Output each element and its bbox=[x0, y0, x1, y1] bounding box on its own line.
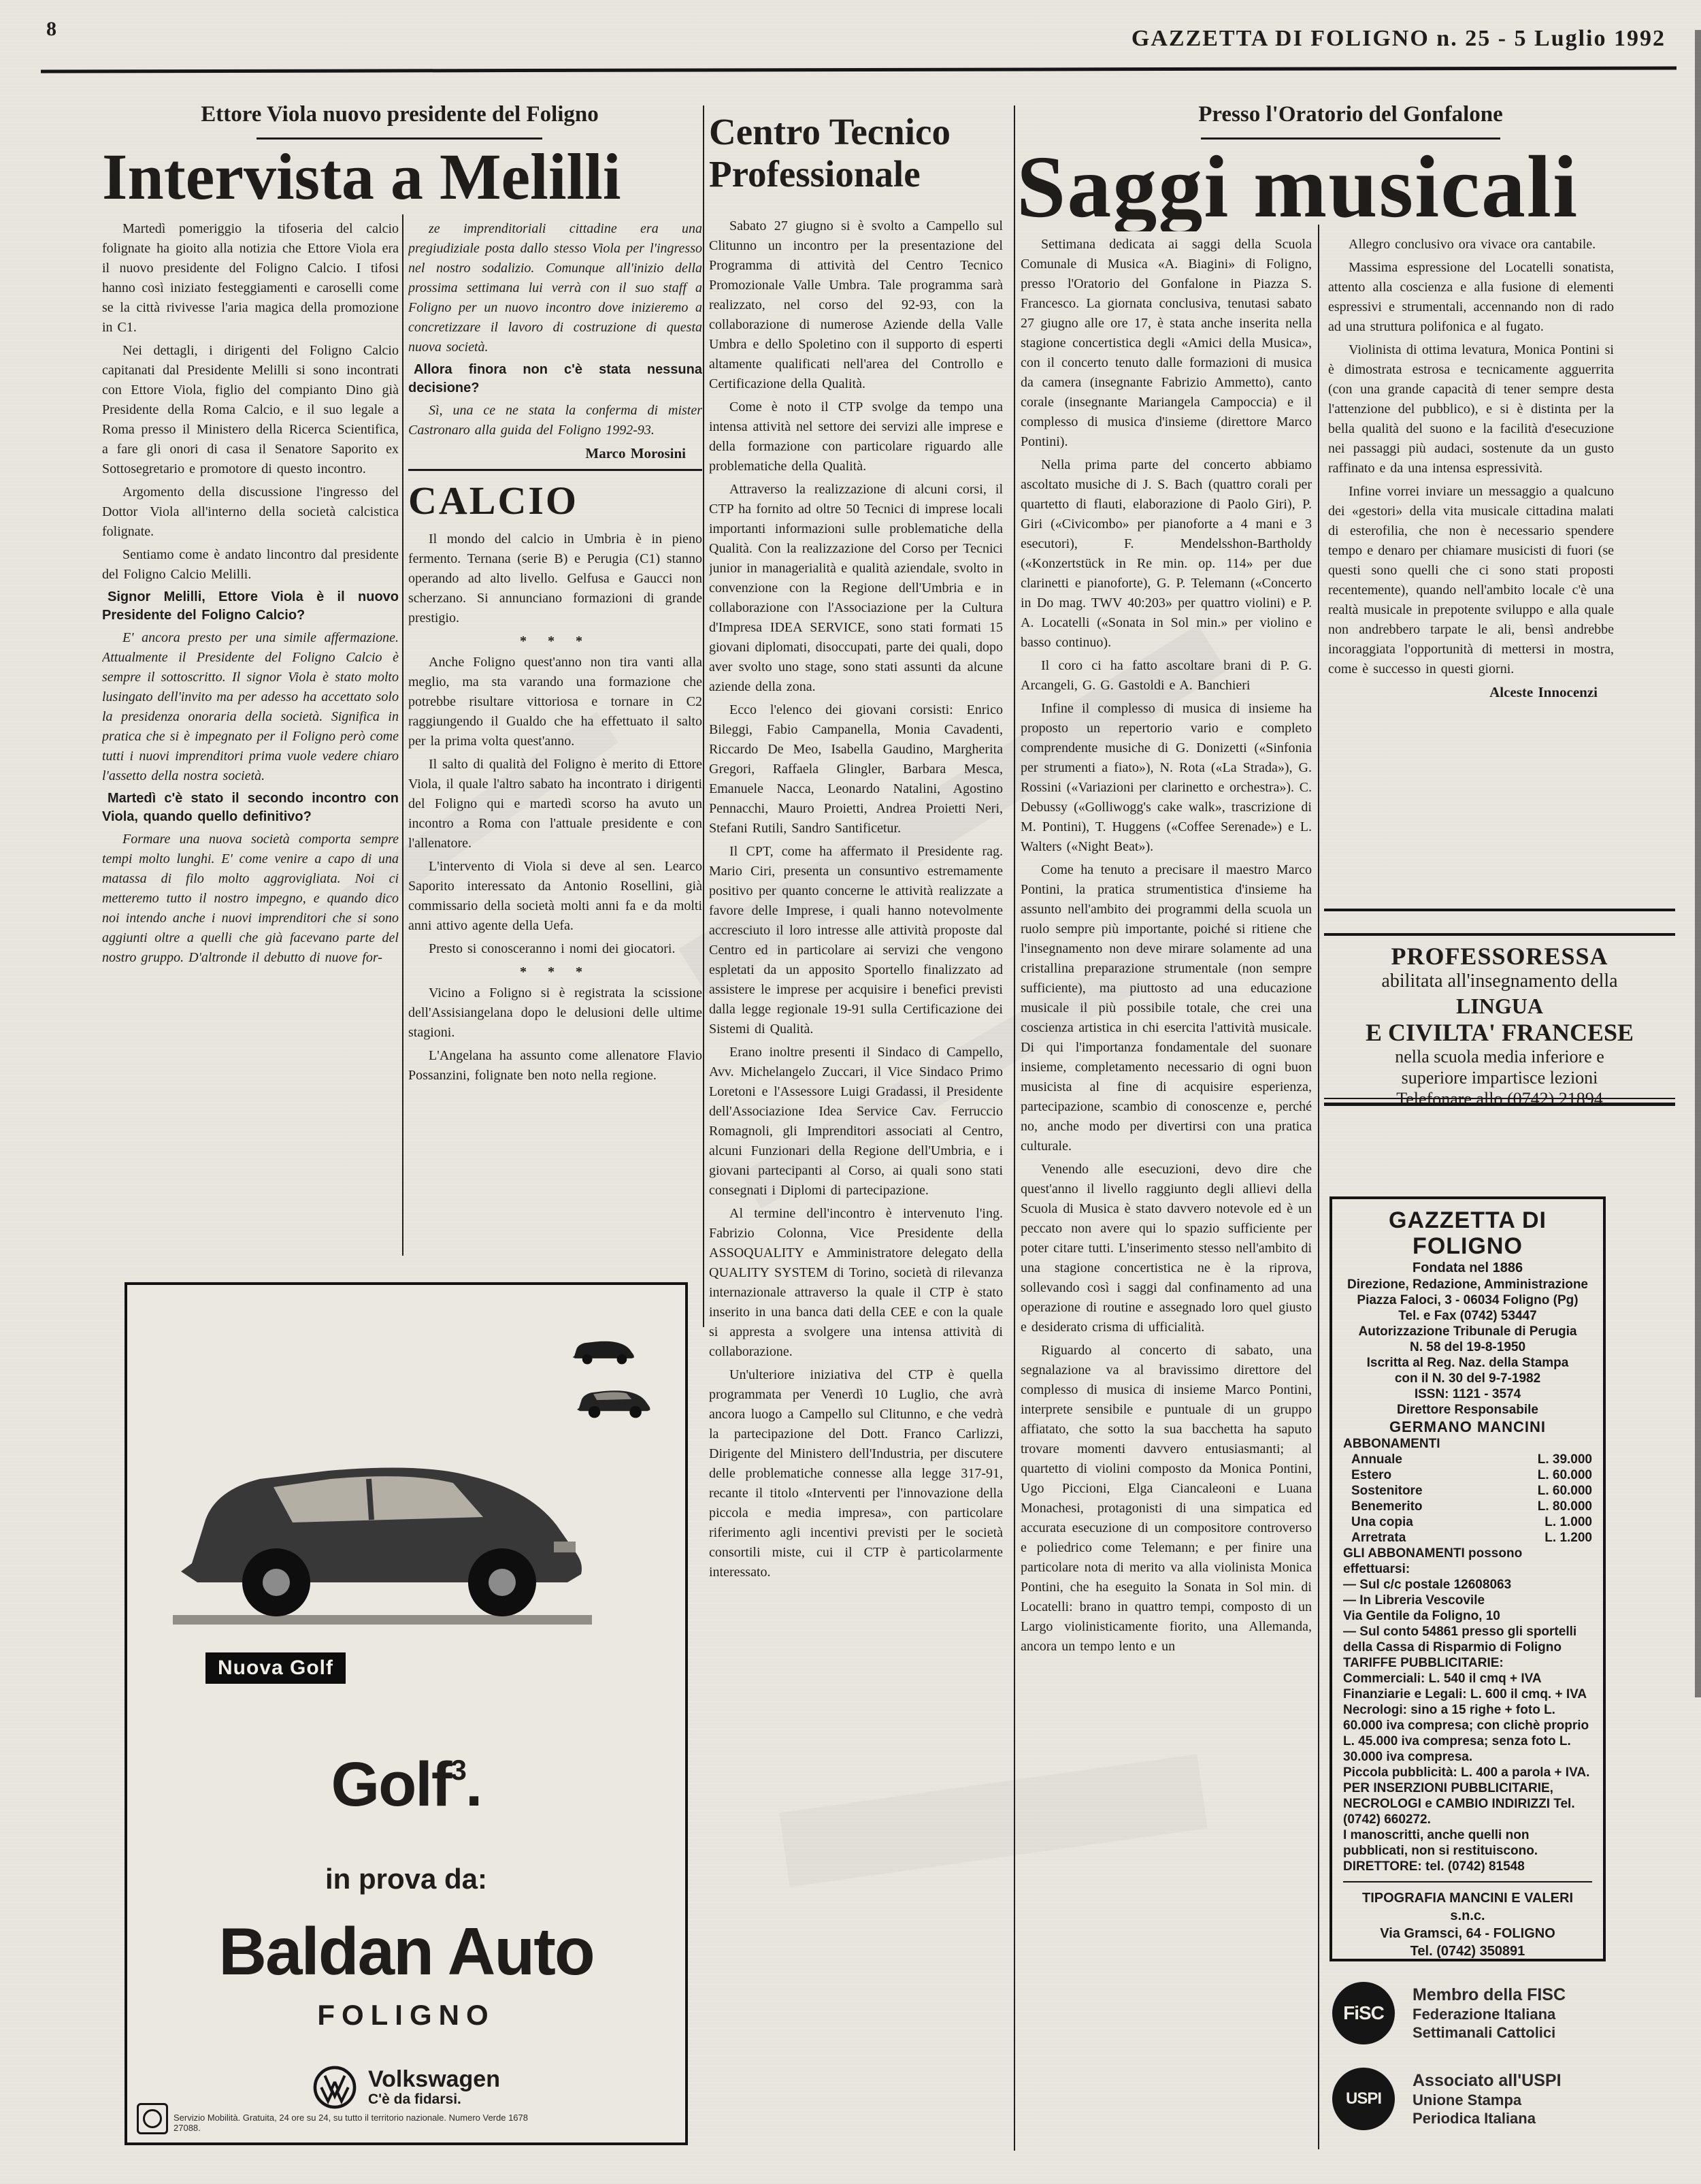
paragraph: Erano inoltre presenti il Sindaco di Cam… bbox=[709, 1043, 1003, 1201]
text-line: PER INSERZIONI PUBBLICITARIE, NECROLOGI … bbox=[1343, 1780, 1592, 1827]
headline-line: Professionale bbox=[709, 153, 1004, 195]
paragraph: Attraverso la realizzazione di alcuni co… bbox=[709, 480, 1003, 697]
director-label: Direttore Responsabile bbox=[1343, 1402, 1592, 1418]
text-line: Necrologi: sino a 15 righe + foto L. 60.… bbox=[1343, 1702, 1592, 1765]
article-column: Sabato 27 giugno si è svolto a Campello … bbox=[709, 216, 1003, 2122]
paragraph: Allegro conclusivo ora vivace ora cantab… bbox=[1328, 235, 1614, 255]
text-line: Via Gramsci, 64 - FOLIGNO bbox=[1343, 1925, 1592, 1942]
paragraph: Il coro ci ha fatto ascoltare brani di P… bbox=[1021, 656, 1312, 696]
interview-answer: Sì, una ce ne stata la conferma di miste… bbox=[408, 401, 702, 440]
text-line: Periodica Italiana bbox=[1413, 2109, 1562, 2128]
masthead-line: GAZZETTA DI FOLIGNO n. 25 - 5 Luglio 199… bbox=[1132, 27, 1666, 50]
article-headline: Saggi musicali bbox=[1017, 143, 1701, 231]
paragraph: Come è noto il CTP svolge da tempo una i… bbox=[709, 397, 1003, 476]
text-line: Piccola pubblicità: L. 400 a parola + IV… bbox=[1343, 1765, 1592, 1780]
small-car-illustration bbox=[569, 1333, 638, 1368]
text-line: N. 58 del 19-8-1950 bbox=[1343, 1339, 1592, 1355]
byline: Alceste Innocenzi bbox=[1328, 683, 1614, 702]
masthead-lines: Direzione, Redazione, AmministrazionePia… bbox=[1343, 1277, 1592, 1402]
column-rule bbox=[402, 214, 403, 1256]
paragraph: Un'ulteriore iniziativa del CTP è quella… bbox=[709, 1365, 1003, 1582]
column-rule bbox=[1014, 105, 1015, 2151]
paragraph: Sabato 27 giugno si è svolto a Campello … bbox=[709, 216, 1003, 394]
text-line: — In Libreria Vescovile bbox=[1343, 1593, 1592, 1608]
text-line: Settimanali Cattolici bbox=[1413, 2023, 1566, 2042]
paragraph: Nei dettagli, i dirigenti del Foligno Ca… bbox=[102, 341, 399, 479]
paragraph: Infine il complesso di musica di insieme… bbox=[1021, 699, 1312, 857]
newspaper-title: GAZZETTA DI FOLIGNO bbox=[1343, 1207, 1592, 1259]
article-column: Martedì pomeriggio la tifoseria del calc… bbox=[102, 219, 399, 1271]
text-line: superiore impartisce lezioni bbox=[1324, 1067, 1675, 1088]
dealer-city: FOLIGNO bbox=[127, 2001, 685, 2030]
column-rule bbox=[1318, 225, 1319, 2149]
headline-line: Centro Tecnico bbox=[709, 111, 1004, 153]
advertising-rates: TARIFFE PUBBLICITARIE:Commerciali: L. 54… bbox=[1343, 1655, 1592, 1874]
classified-title: PROFESSORESSA bbox=[1324, 943, 1675, 970]
uspi-row: USPI Associato all'USPIUnione StampaPeri… bbox=[1332, 2068, 1625, 2130]
text-line: con il N. 30 del 9-7-1982 bbox=[1343, 1371, 1592, 1386]
subscriptions-title: ABBONAMENTI bbox=[1343, 1436, 1592, 1452]
director-name: GERMANO MANCINI bbox=[1343, 1418, 1592, 1436]
paragraph: L'intervento di Viola si deve al sen. Le… bbox=[408, 857, 702, 936]
kicker-underline bbox=[1201, 137, 1500, 140]
section-headline: CALCIO bbox=[408, 479, 702, 523]
paragraph: Riguardo al concerto di sabato, una segn… bbox=[1021, 1341, 1312, 1657]
ad-fine-print: Servizio Mobilità. Gratuita, 24 ore su 2… bbox=[174, 2113, 555, 2133]
paragraph: Il salto di qualità del Foligno è merito… bbox=[408, 755, 702, 853]
paragraph: Anche Foligno quest'anno non tira vanti … bbox=[408, 653, 702, 751]
scan-edge-artifact bbox=[1695, 30, 1701, 1697]
subscription-row: AnnualeL. 39.000 bbox=[1343, 1452, 1592, 1467]
box-rule bbox=[1324, 1098, 1675, 1099]
brand-row: Volkswagen C'è da fidarsi. bbox=[127, 2065, 685, 2110]
text-line: TIPOGRAFIA MANCINI E VALERI s.n.c. bbox=[1343, 1889, 1592, 1925]
paragraph: Martedì pomeriggio la tifoseria del calc… bbox=[102, 219, 399, 338]
text-line: Unione Stampa bbox=[1413, 2091, 1562, 2109]
byline: Marco Morosini bbox=[408, 444, 702, 463]
masthead-info-box: GAZZETTA DI FOLIGNO Fondata nel 1886 Dir… bbox=[1330, 1196, 1606, 1961]
classified-ad-professoressa: PROFESSORESSA abilitata all'insegnamento… bbox=[1324, 909, 1675, 1106]
brand-name: Volkswagen bbox=[368, 2067, 500, 2091]
paragraph: Settimana dedicata ai saggi della Scuola… bbox=[1021, 235, 1312, 452]
subscriptions-table: AnnualeL. 39.000EsteroL. 60.000Sostenito… bbox=[1343, 1452, 1592, 1546]
text-line: Iscritta al Reg. Naz. della Stampa bbox=[1343, 1355, 1592, 1371]
text-line: I manoscritti, anche quelli non pubblica… bbox=[1343, 1827, 1592, 1859]
article-column: Settimana dedicata ai saggi della Scuola… bbox=[1021, 235, 1312, 2127]
newspaper-page: 8 GAZZETTA DI FOLIGNO n. 25 - 5 Luglio 1… bbox=[0, 0, 1701, 2184]
text-line: GLI ABBONAMENTI possono effettuarsi: bbox=[1343, 1546, 1592, 1577]
fisc-row: FiSC Membro della FISCFederazione Italia… bbox=[1332, 1982, 1625, 2044]
calcio-section: Il mondo del calcio in Umbria è in pieno… bbox=[408, 529, 702, 1086]
founded-line: Fondata nel 1886 bbox=[1343, 1259, 1592, 1277]
uspi-text: Associato all'USPIUnione StampaPeriodica… bbox=[1413, 2070, 1562, 2128]
service-icon-inner bbox=[143, 2109, 162, 2128]
product-name-text: Golf bbox=[331, 1750, 451, 1819]
paragraph: Infine vorrei inviare un messaggio a qua… bbox=[1328, 482, 1614, 679]
text-line: — Sul c/c postale 12608063 bbox=[1343, 1577, 1592, 1593]
article-column: ze imprenditoriali cittadine era una pre… bbox=[408, 219, 702, 1280]
association-logos: FiSC Membro della FISCFederazione Italia… bbox=[1332, 1982, 1625, 2153]
dealer-name: Baldan Auto bbox=[127, 1918, 685, 1985]
product-name: Golf3. bbox=[127, 1753, 685, 1816]
paragraph: Al termine dell'incontro è intervenuto l… bbox=[709, 1204, 1003, 1362]
text-line: Piazza Faloci, 3 - 06034 Foligno (Pg) bbox=[1343, 1292, 1592, 1308]
paragraph: Massima espressione del Locatelli sonati… bbox=[1328, 258, 1614, 337]
interview-answer: E' ancora presto per una simile affermaz… bbox=[102, 628, 399, 786]
classified-line: abilitata all'insegnamento della bbox=[1324, 970, 1675, 993]
text-line: nella scuola media inferiore e bbox=[1324, 1046, 1675, 1067]
section-rule bbox=[408, 469, 702, 471]
text-line: Via Gentile da Foligno, 10 bbox=[1343, 1608, 1592, 1624]
text-line: Federazione Italiana bbox=[1413, 2005, 1566, 2023]
text-line: Autorizzazione Tribunale di Perugia bbox=[1343, 1324, 1592, 1339]
subscription-methods: GLI ABBONAMENTI possono effettuarsi:— Su… bbox=[1343, 1546, 1592, 1655]
golf-car-photo bbox=[165, 1404, 600, 1649]
paragraph: L'Angelana ha assunto come allenatore Fl… bbox=[408, 1046, 702, 1086]
paragraph: Ecco l'elenco dei giovani corsisti: Enri… bbox=[709, 700, 1003, 838]
paragraph: Sentiamo come è andato lincontro dal pre… bbox=[102, 545, 399, 585]
section-separator: * * * bbox=[408, 632, 702, 651]
uspi-logo-icon: USPI bbox=[1332, 2068, 1395, 2130]
paragraph: Nella prima parte del concerto abbiamo a… bbox=[1021, 455, 1312, 653]
article-headline: Centro Tecnico Professionale bbox=[709, 111, 1004, 195]
text-line: Tel. e Fax (0742) 53447 bbox=[1343, 1308, 1592, 1324]
interview-answer: Formare una nuova società comporta sempr… bbox=[102, 830, 399, 968]
dealer-advertisement: Nuova Golf Golf3. in prova da: Baldan Au… bbox=[125, 1282, 688, 2145]
section-separator: * * * bbox=[408, 962, 702, 982]
text-line: Tel. (0742) 350891 bbox=[1343, 1942, 1592, 1960]
paragraph: Il mondo del calcio in Umbria è in pieno… bbox=[408, 529, 702, 628]
paragraph: Violinista di ottima levatura, Monica Po… bbox=[1328, 340, 1614, 478]
interview-answer: ze imprenditoriali cittadine era una pre… bbox=[408, 219, 702, 357]
text-line: Finanziarie e Legali: L. 600 il cmq. + I… bbox=[1343, 1686, 1592, 1702]
interview-question: Martedì c'è stato il secondo incontro co… bbox=[102, 789, 399, 826]
classified-subject: LINGUA bbox=[1324, 993, 1675, 1019]
printer-info: TIPOGRAFIA MANCINI E VALERI s.n.c.Via Gr… bbox=[1343, 1889, 1592, 1960]
service-icon bbox=[137, 2103, 168, 2134]
fisc-text: Membro della FISCFederazione ItalianaSet… bbox=[1413, 1985, 1566, 2042]
classified-subject: E CIVILTA' FRANCESE bbox=[1324, 1019, 1675, 1046]
box-rule bbox=[1324, 1103, 1675, 1106]
paragraph: Argomento della discussione l'ingresso d… bbox=[102, 483, 399, 542]
paragraph: Venendo alle esecuzioni, devo dire che q… bbox=[1021, 1160, 1312, 1337]
fisc-logo-icon: FiSC bbox=[1332, 1982, 1395, 2044]
text-line: Membro della FISC bbox=[1413, 1985, 1566, 2005]
article-kicker: Ettore Viola nuovo presidente del Folign… bbox=[102, 102, 697, 127]
classified-body: nella scuola media inferiore esuperiore … bbox=[1324, 1046, 1675, 1106]
box-rule bbox=[1324, 933, 1675, 936]
product-dot: . bbox=[465, 1750, 482, 1819]
volkswagen-logo-icon bbox=[312, 2065, 357, 2110]
interview-question: Allora finora non c'è stata nessuna deci… bbox=[408, 361, 702, 397]
text-line: Associato all'USPI bbox=[1413, 2070, 1562, 2091]
box-rule bbox=[1343, 1881, 1592, 1883]
subscription-row: SostenitoreL. 60.000 bbox=[1343, 1483, 1592, 1499]
paragraph: Il CPT, come ha affermato il Presidente … bbox=[709, 842, 1003, 1039]
header-rule bbox=[41, 66, 1677, 73]
article-headline: Intervista a Melilli bbox=[102, 144, 621, 210]
article-column: Allegro conclusivo ora vivace ora cantab… bbox=[1328, 235, 1614, 905]
page-number: 8 bbox=[46, 19, 56, 39]
article-column-continuation: ze imprenditoriali cittadine era una pre… bbox=[408, 219, 702, 463]
box-rule bbox=[1324, 909, 1675, 911]
subscription-row: Una copiaL. 1.000 bbox=[1343, 1514, 1592, 1530]
column-rule bbox=[703, 105, 704, 1327]
car-model-label: Nuova Golf bbox=[205, 1652, 346, 1684]
text-line: — Sul conto 54861 presso gli sportelli d… bbox=[1343, 1624, 1592, 1655]
subscription-row: BenemeritoL. 80.000 bbox=[1343, 1499, 1592, 1514]
brand-text: Volkswagen C'è da fidarsi. bbox=[368, 2067, 500, 2108]
ad-tagline: in prova da: bbox=[127, 1865, 685, 1893]
paragraph: Presto si conosceranno i nomi dei giocat… bbox=[408, 939, 702, 959]
article-kicker: Presso l'Oratorio del Gonfalone bbox=[1017, 102, 1684, 127]
text-line: DIRETTORE: tel. (0742) 81548 bbox=[1343, 1859, 1592, 1874]
brand-slogan: C'è da fidarsi. bbox=[368, 2091, 500, 2108]
product-generation: 3 bbox=[451, 1754, 465, 1786]
kicker-underline bbox=[257, 137, 542, 140]
text-line: ISSN: 1121 - 3574 bbox=[1343, 1386, 1592, 1402]
text-line: Commerciali: L. 540 il cmq + IVA bbox=[1343, 1671, 1592, 1686]
subscription-row: ArretrataL. 1.200 bbox=[1343, 1530, 1592, 1546]
paragraph: Come ha tenuto a precisare il maestro Ma… bbox=[1021, 860, 1312, 1156]
subscription-row: EsteroL. 60.000 bbox=[1343, 1467, 1592, 1483]
interview-question: Signor Melilli, Ettore Viola è il nuovo … bbox=[102, 588, 399, 625]
text-line: TARIFFE PUBBLICITARIE: bbox=[1343, 1655, 1592, 1671]
paragraph: Vicino a Foligno si è registrata la scis… bbox=[408, 983, 702, 1043]
text-line: Direzione, Redazione, Amministrazione bbox=[1343, 1277, 1592, 1292]
